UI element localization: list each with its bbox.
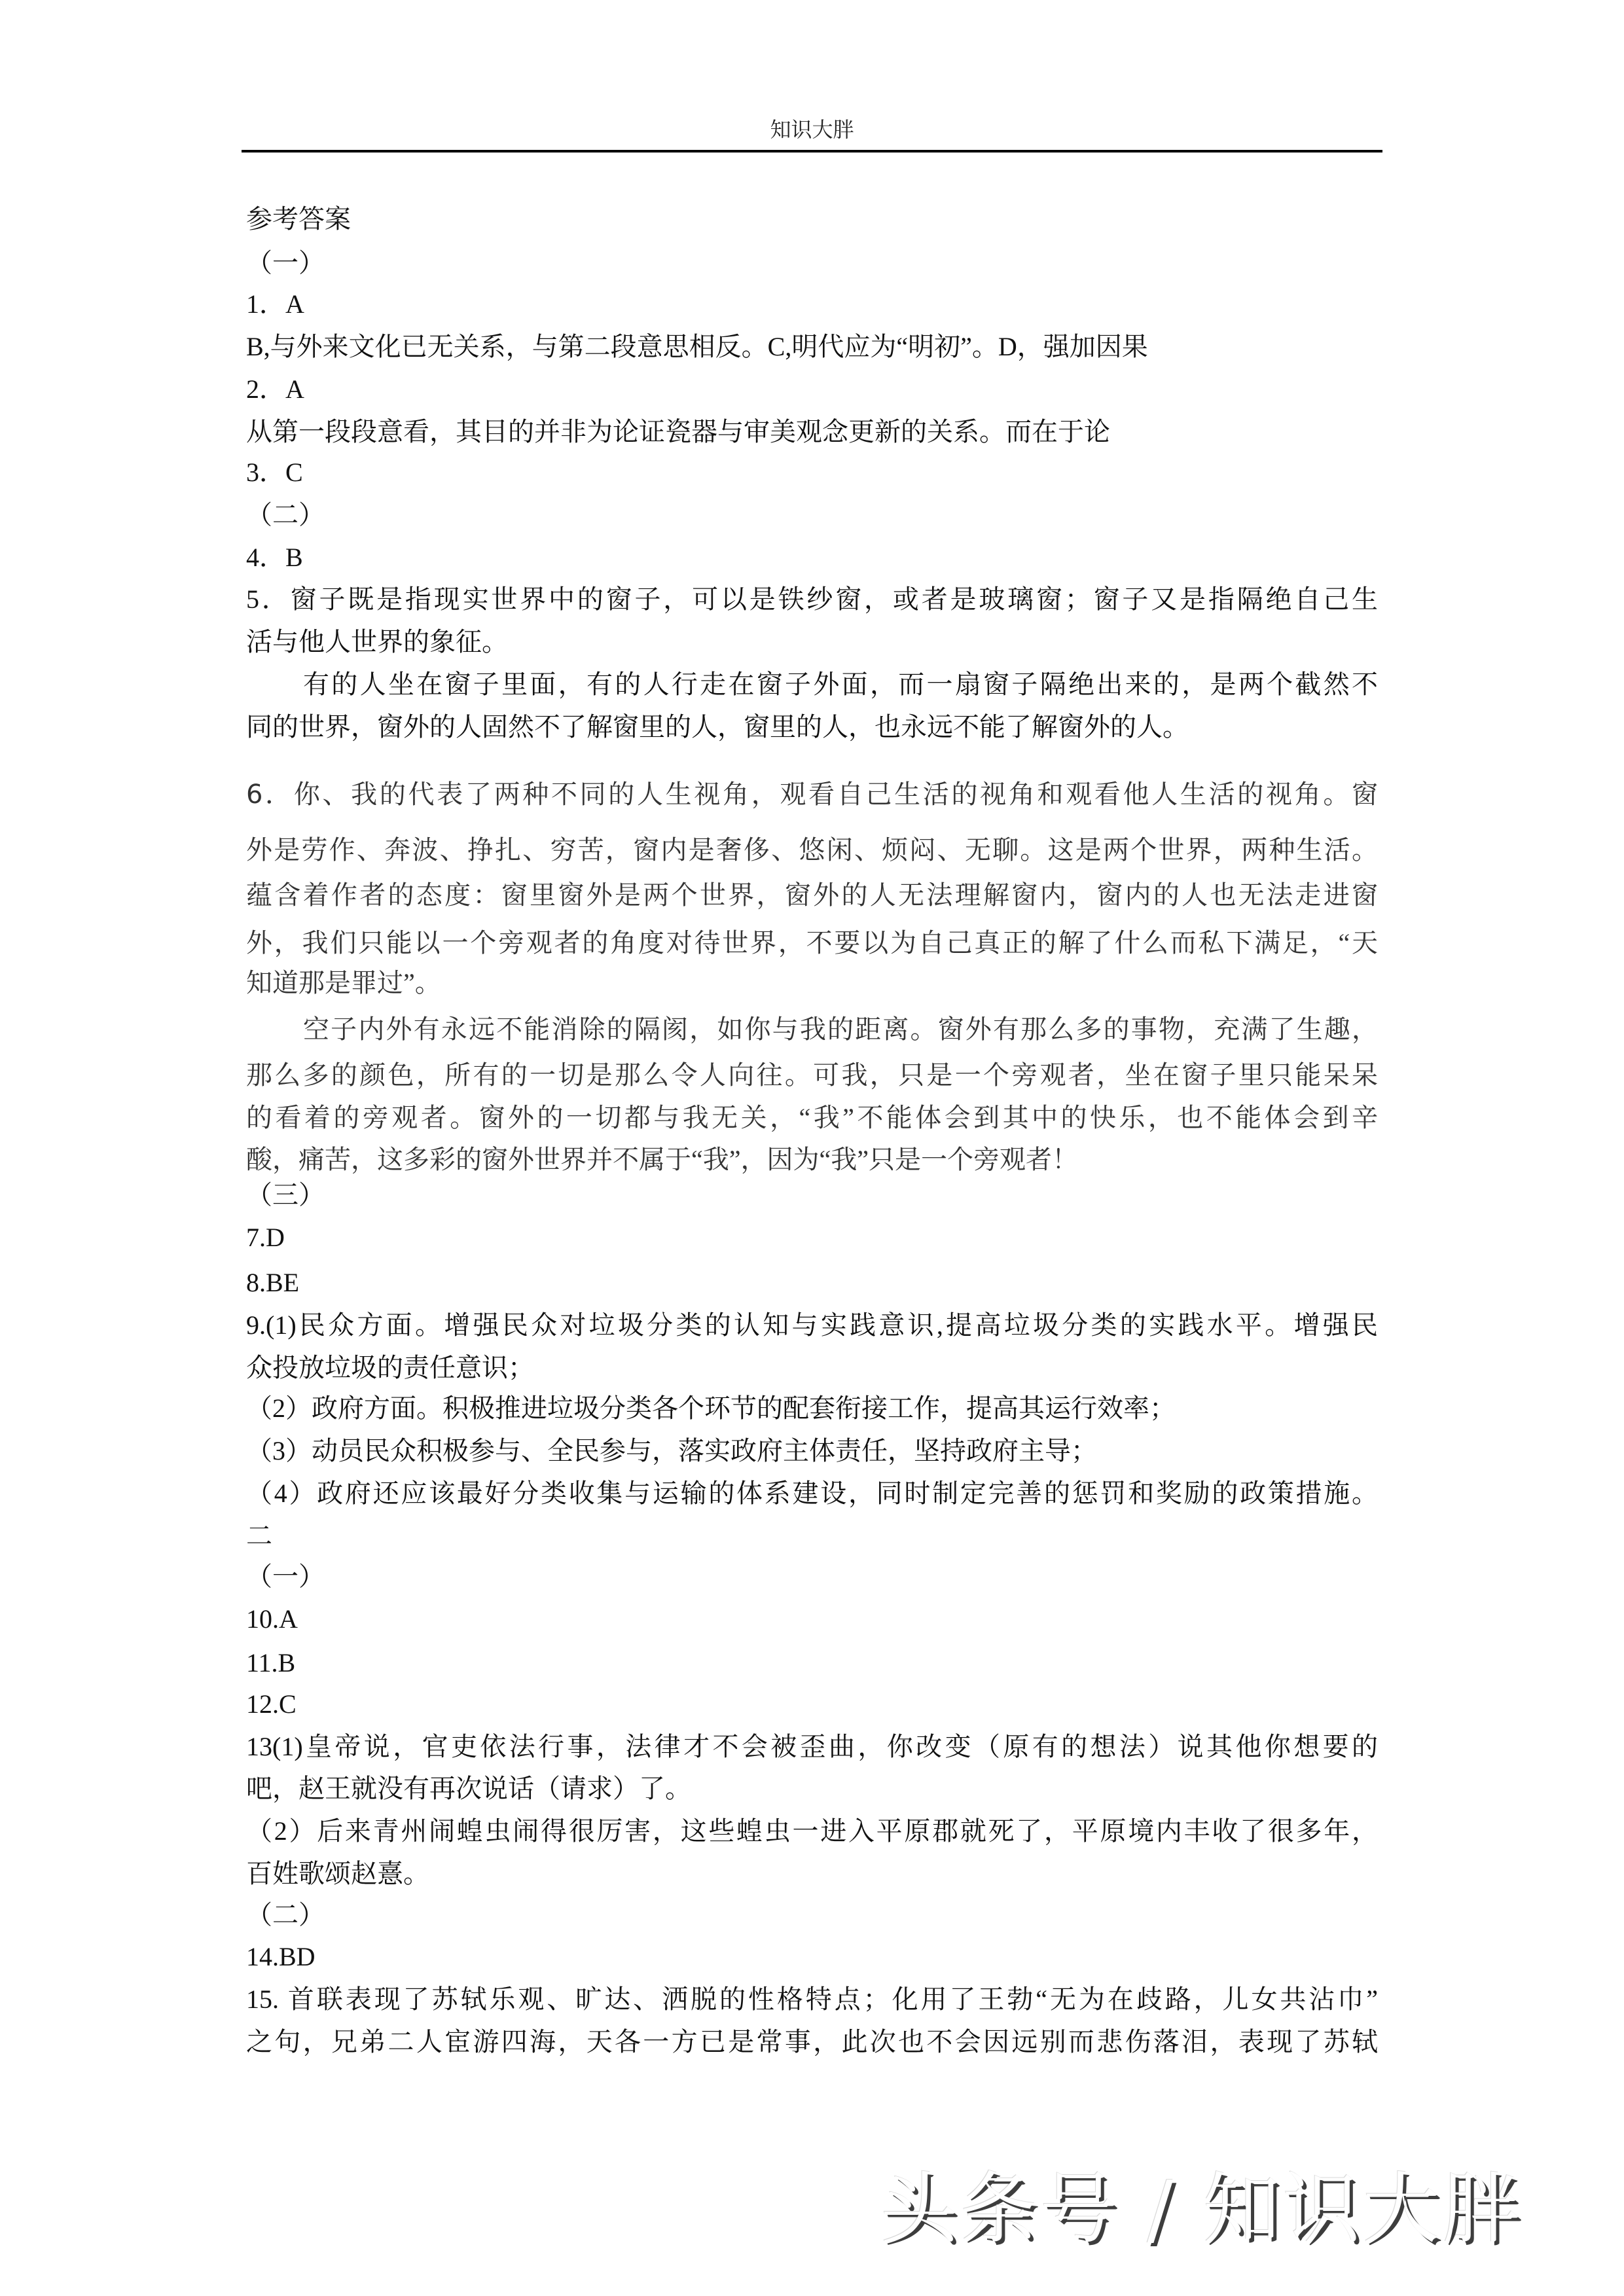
section-heading: （二） — [246, 499, 1378, 531]
answer-line: 酸，痛苦，这多彩的窗外世界并不属于“我”，因为“我”只是一个旁观者！ — [246, 1144, 1378, 1175]
answer-line: 外是劳作、奔波、挣扎、穷苦，窗内是奢侈、悠闲、烦闷、无聊。这是两个世界，两种生活… — [246, 834, 1378, 866]
answer-line: 12.C — [246, 1689, 1378, 1720]
answer-line: 11.B — [246, 1647, 1378, 1679]
page-title: 参考答案 — [246, 204, 1378, 235]
answer-line: 的看着的旁观者。窗外的一切都与我无关，“我”不能体会到其中的快乐，也不能体会到辛 — [246, 1102, 1378, 1134]
answer-line: 10.A — [246, 1604, 1378, 1635]
answer-paragraph: 有的人坐在窗子里面，有的人行走在窗子外面，而一扇窗子隔绝出来的，是两个截然不 — [246, 669, 1378, 700]
answer-line: 之句，兄弟二人宦游四海，天各一方已是常事，此次也不会因远别而悲伤落泪，表现了苏轼 — [246, 2026, 1378, 2058]
section-heading: （二） — [246, 1899, 1378, 1931]
answer-line: 从第一段段意看，其目的并非为论证瓷器与审美观念更新的关系。而在于论 — [246, 416, 1378, 448]
answer-paragraph: 空子内外有永远不能消除的隔阂，如你与我的距离。窗外有那么多的事物，充满了生趣， — [246, 1014, 1378, 1045]
answer-line: 15. 首联表现了苏轼乐观、旷达、洒脱的性格特点；化用了王勃“无为在歧路，儿女共… — [246, 1984, 1378, 2015]
answer-line: 知道那是罪过”。 — [246, 967, 1378, 999]
answer-line: 那么多的颜色，所有的一切是那么令人向往。可我，只是一个旁观者，坐在窗子里只能呆呆 — [246, 1060, 1378, 1091]
page-header-title: 知识大胖 — [242, 115, 1382, 144]
watermark: 头条号 / 知识大胖 — [880, 2160, 1587, 2258]
answer-line: 同的世界，窗外的人固然不了解窗里的人，窗里的人，也永远不能了解窗外的人。 — [246, 711, 1378, 743]
item-number: 6． — [246, 780, 294, 810]
answer-line: 蕴含着作者的态度：窗里窗外是两个世界，窗外的人无法理解窗内，窗内的人也无法走进窗 — [246, 880, 1378, 911]
answer-line: （2）后来青州闹蝗虫闹得很厉害，这些蝗虫一进入平原郡就死了，平原境内丰收了很多年… — [246, 1816, 1378, 1847]
answer-line: 8.BE — [246, 1267, 1378, 1299]
answer-line: 7.D — [246, 1222, 1378, 1253]
answer-line: B,与外来文化已无关系，与第二段意思相反。C,明代应为“明初”。D，强加因果 — [246, 331, 1378, 363]
section-heading: （一） — [246, 247, 1378, 279]
answer-line: 2．A — [246, 374, 1378, 405]
answer-line: 吧，赵王就没有再次说话（请求）了。 — [246, 1773, 1378, 1804]
answer-line: （4）政府还应该最好分类收集与运输的体系建设，同时制定完善的惩罚和奖励的政策措施… — [246, 1478, 1378, 1509]
answer-line: 3．C — [246, 457, 1378, 488]
answer-line: （3）动员民众积极参与、全民参与，落实政府主体责任，坚持政府主导； — [246, 1435, 1378, 1467]
answer-line: 百姓歌颂赵憙。 — [246, 1858, 1378, 1890]
answer-line: 1．A — [246, 289, 1378, 320]
answer-line: 14.BD — [246, 1941, 1378, 1973]
answer-line-item-6: 6．你、我的代表了两种不同的人生视角，观看自己生活的视角和观看他人生活的视角。窗 — [246, 779, 1378, 810]
answer-line: 13(1)皇帝说，官吏依法行事，法律才不会被歪曲，你改变（原有的想法）说其他你想… — [246, 1731, 1378, 1763]
part-heading: 二 — [246, 1520, 1378, 1552]
header-divider — [242, 150, 1382, 152]
section-heading: （一） — [246, 1561, 1378, 1592]
item-text: 你、我的代表了两种不同的人生视角，观看自己生活的视角和观看他人生活的视角。窗 — [294, 780, 1378, 809]
answer-line: 活与他人世界的象征。 — [246, 626, 1378, 658]
answer-line: （2）政府方面。积极推进垃圾分类各个环节的配套衔接工作，提高其运行效率； — [246, 1393, 1378, 1424]
answer-line: 外，我们只能以一个旁观者的角度对待世界，不要以为自己真正的解了什么而私下满足，“… — [246, 927, 1378, 959]
answer-line: 5．窗子既是指现实世界中的窗子，可以是铁纱窗，或者是玻璃窗；窗子又是指隔绝自己生 — [246, 584, 1378, 615]
answer-line: 9.(1)民众方面。增强民众对垃圾分类的认知与实践意识,提高垃圾分类的实践水平。… — [246, 1310, 1378, 1341]
section-heading: （三） — [246, 1179, 1378, 1211]
answer-line: 众投放垃圾的责任意识； — [246, 1352, 1378, 1384]
answer-line: 4．B — [246, 542, 1378, 573]
